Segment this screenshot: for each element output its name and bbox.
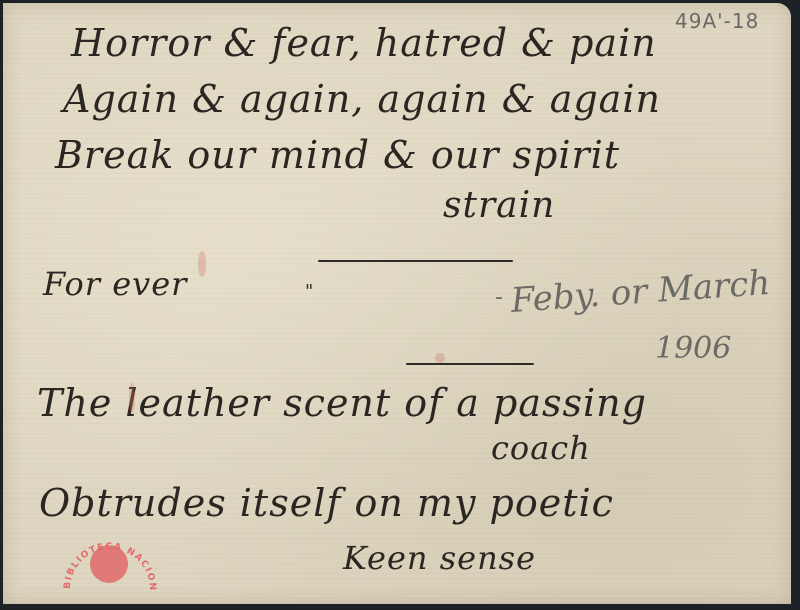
ditto-mark: " (305, 281, 314, 302)
catalog-number: 49A'-18 (675, 9, 759, 33)
line-4: For ever (43, 265, 187, 303)
red-stain (198, 251, 206, 277)
line-5-continuation: coach (491, 429, 591, 467)
date-note-line-2: 1906 (655, 331, 731, 366)
line-6: Obtrudes itself on my poetic (39, 481, 614, 525)
stamp-seal-icon (90, 545, 128, 583)
line-2: Again & again, again & again (63, 77, 661, 121)
library-stamp: BIBLIOTECA NACIONAL (58, 523, 158, 603)
line-3-continuation: strain (443, 185, 555, 226)
divider-rule-1 (318, 260, 513, 262)
line-1: Horror & fear, hatred & pain (71, 21, 657, 65)
date-note-prefix: - (495, 285, 503, 310)
red-stain (435, 353, 445, 363)
line-6-continuation: Keen sense (343, 539, 536, 577)
divider-rule-2 (406, 363, 534, 365)
date-note-line-1: Feby. or March (510, 263, 772, 321)
red-stain (129, 383, 135, 413)
line-3: Break our mind & our spirit (55, 133, 620, 177)
manuscript-page: 49A'-18 Horror & fear, hatred & pain Aga… (3, 3, 791, 604)
